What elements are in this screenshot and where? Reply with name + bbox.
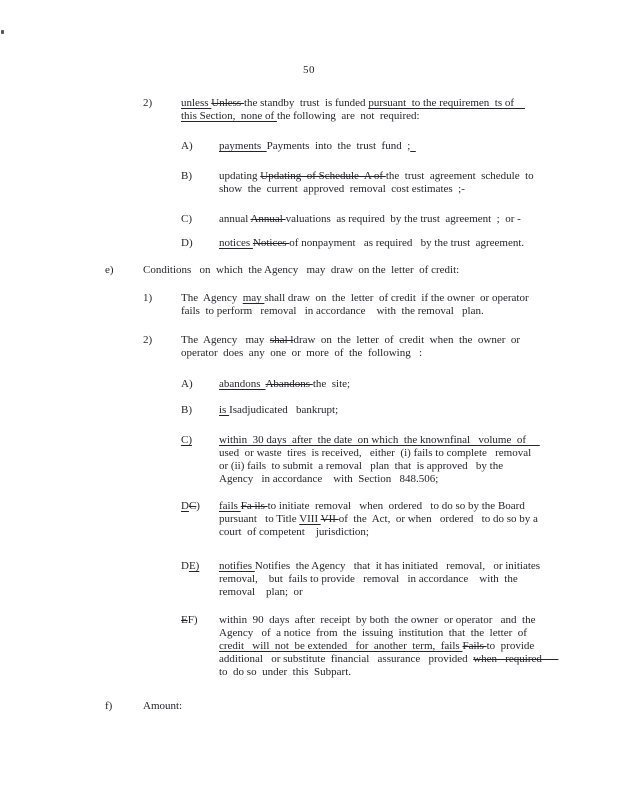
deleted-text: Unless: [211, 97, 244, 109]
body-text: shall draw on the letter of credit if th…: [264, 292, 528, 304]
list-item: A)abandons Abandons the site;: [181, 378, 590, 391]
body-text: Payments into the trust fund ;: [267, 140, 411, 152]
body-text: of the Act, or when ordered to do so by …: [339, 513, 538, 525]
scan-artifact: [1, 30, 4, 34]
deleted-text: E: [181, 614, 188, 626]
body-text: B): [181, 170, 192, 182]
body-text: draw on the letter of credit when the ow…: [293, 334, 520, 346]
item-label: DE): [181, 560, 219, 599]
list-item: 2)The Agency may shal ldraw on the lette…: [143, 334, 590, 360]
list-item: C)annual Annual valuations as required b…: [181, 213, 590, 226]
item-text: is Isadjudicated bankrupt;: [219, 404, 590, 417]
deleted-text: Updating of Schedule A of: [260, 170, 386, 182]
item-label: DC): [181, 500, 219, 539]
list-item: DE)notifies Notifies the Agency that it …: [181, 560, 590, 599]
inserted-text: abandons: [219, 378, 265, 390]
list-item: A)payments Payments into the trust fund …: [181, 140, 590, 153]
inserted-text: E): [189, 560, 199, 572]
document-page: 50 2)unless Unless the standby trust is …: [0, 0, 618, 800]
deleted-text: Fails: [462, 640, 486, 652]
item-text: annual Annual valuations as required by …: [219, 213, 590, 226]
body-text: Notifies the Agency that it has initiate…: [255, 560, 540, 572]
inserted-text: notices: [219, 237, 253, 249]
item-text: notifies Notifies the Agency that it has…: [219, 560, 590, 599]
item-text: The Agency may shal ldraw on the letter …: [181, 334, 590, 360]
body-text: court of competent jurisdiction;: [219, 526, 369, 538]
body-text: 1): [143, 292, 152, 304]
body-text: the site;: [313, 378, 350, 390]
inserted-text: VIII: [299, 513, 320, 525]
list-item: 1)The Agency may shall draw on the lette…: [143, 292, 590, 318]
item-text: fails Fa ils to initiate removal when or…: [219, 500, 590, 539]
body-text: of nonpayment as required by the trust a…: [289, 237, 524, 249]
list-item: EF)within 90 days after receipt by both …: [181, 614, 590, 679]
deleted-text: Fa ils: [241, 500, 268, 512]
body-text: Conditions on which the Agency may draw …: [143, 264, 459, 276]
inserted-text: D: [181, 500, 189, 512]
inserted-text: unless: [181, 97, 211, 109]
body-text: the trust agreement schedule to: [386, 170, 534, 182]
body-text: valuations as required by the trust agre…: [286, 213, 521, 225]
item-label: 2): [143, 334, 181, 360]
body-text: f): [105, 700, 112, 712]
body-text: pursuant to Title: [219, 513, 299, 525]
body-text: Isadjudicated bankrupt;: [229, 404, 338, 416]
body-text: The Agency may: [181, 334, 270, 346]
body-text: used or waste tires is received, either …: [219, 447, 531, 459]
deleted-text: when required: [473, 653, 558, 665]
item-label: B): [181, 170, 219, 196]
deleted-text: Annual: [250, 213, 285, 225]
body-text: D): [181, 237, 193, 249]
body-text: the following are not required:: [277, 110, 420, 122]
body-text: removal, but fails to provide removal in…: [219, 573, 518, 585]
body-text: or (ii) fails to submit a removal plan t…: [219, 460, 503, 472]
item-label: C): [181, 213, 219, 226]
body-text: to initiate removal when ordered to do s…: [268, 500, 525, 512]
deleted-text: VII: [321, 513, 339, 525]
body-text: Agency in accordance with Section 848.50…: [219, 473, 438, 485]
inserted-text: C): [181, 434, 192, 446]
page-number: 50: [0, 64, 618, 77]
inserted-text: [410, 140, 416, 152]
body-text: C): [181, 213, 192, 225]
body-text: B): [181, 404, 192, 416]
item-text: payments Payments into the trust fund ;: [219, 140, 590, 153]
item-text: notices Notices of nonpayment as require…: [219, 237, 590, 250]
inserted-text: credit will not be extended for another …: [219, 640, 462, 652]
body-text: show the current approved removal cost e…: [219, 183, 465, 195]
item-text: unless Unless the standby trust is funde…: [181, 97, 590, 123]
inserted-text: within 30 days after the date on which t…: [219, 434, 540, 446]
list-item: f)Amount:: [105, 700, 590, 713]
item-label: A): [181, 378, 219, 391]
item-text: updating Updating of Schedule A of the t…: [219, 170, 590, 196]
inserted-text: is: [219, 404, 229, 416]
body-text: 2): [143, 334, 152, 346]
deleted-text: shal l: [270, 334, 294, 346]
body-text: annual: [219, 213, 250, 225]
body-text: to do so under this Subpart.: [219, 666, 351, 678]
item-text: The Agency may shall draw on the letter …: [181, 292, 590, 318]
body-text: within 90 days after receipt by both the…: [219, 614, 535, 626]
list-item: C)within 30 days after the date on which…: [181, 434, 590, 486]
body-text: updating: [219, 170, 260, 182]
body-text: e): [105, 264, 114, 276]
inserted-text: pursuant to the requiremen ts of: [368, 97, 525, 109]
item-label: 1): [143, 292, 181, 318]
body-text: F): [188, 614, 198, 626]
inserted-text: fails: [219, 500, 241, 512]
body-text: Agency of a notice from the issuing inst…: [219, 627, 527, 639]
deleted-text: Notices: [253, 237, 289, 249]
body-text: The Agency: [181, 292, 243, 304]
item-text: Conditions on which the Agency may draw …: [143, 264, 590, 277]
list-item: 2)unless Unless the standby trust is fun…: [143, 97, 590, 123]
body-text: removal plan; or: [219, 586, 303, 598]
item-label: C): [181, 434, 219, 486]
list-item: D)notices Notices of nonpayment as requi…: [181, 237, 590, 250]
item-text: within 30 days after the date on which t…: [219, 434, 590, 486]
inserted-text: notifies: [219, 560, 255, 572]
body-text: operator does any one or more of the fol…: [181, 347, 422, 359]
body-text: Amount:: [143, 700, 182, 712]
item-text: abandons Abandons the site;: [219, 378, 590, 391]
body-text: to provide: [487, 640, 535, 652]
body-text: additional or substitute financial assur…: [219, 653, 473, 665]
inserted-text: may: [243, 292, 265, 304]
inserted-text: payments: [219, 140, 267, 152]
item-label: 2): [143, 97, 181, 123]
item-label: B): [181, 404, 219, 417]
item-label: e): [105, 264, 143, 277]
item-label: A): [181, 140, 219, 153]
body-text: A): [181, 378, 193, 390]
item-label: EF): [181, 614, 219, 679]
list-item: B)updating Updating of Schedule A of the…: [181, 170, 590, 196]
body-text: A): [181, 140, 193, 152]
list-item: e)Conditions on which the Agency may dra…: [105, 264, 590, 277]
inserted-text: this Section, none of: [181, 110, 277, 122]
document-body: 2)unless Unless the standby trust is fun…: [105, 97, 590, 713]
deleted-text: Abandons: [265, 378, 312, 390]
body-text: the standby trust is funded: [244, 97, 368, 109]
list-item: DC)fails Fa ils to initiate removal when…: [181, 500, 590, 539]
body-text: D: [181, 560, 189, 572]
item-text: Amount:: [143, 700, 590, 713]
item-text: within 90 days after receipt by both the…: [219, 614, 590, 679]
item-label: f): [105, 700, 143, 713]
body-text: fails to perform removal in accordance w…: [181, 305, 484, 317]
item-label: D): [181, 237, 219, 250]
body-text: 2): [143, 97, 152, 109]
list-item: B)is Isadjudicated bankrupt;: [181, 404, 590, 417]
body-text: ): [196, 500, 200, 512]
